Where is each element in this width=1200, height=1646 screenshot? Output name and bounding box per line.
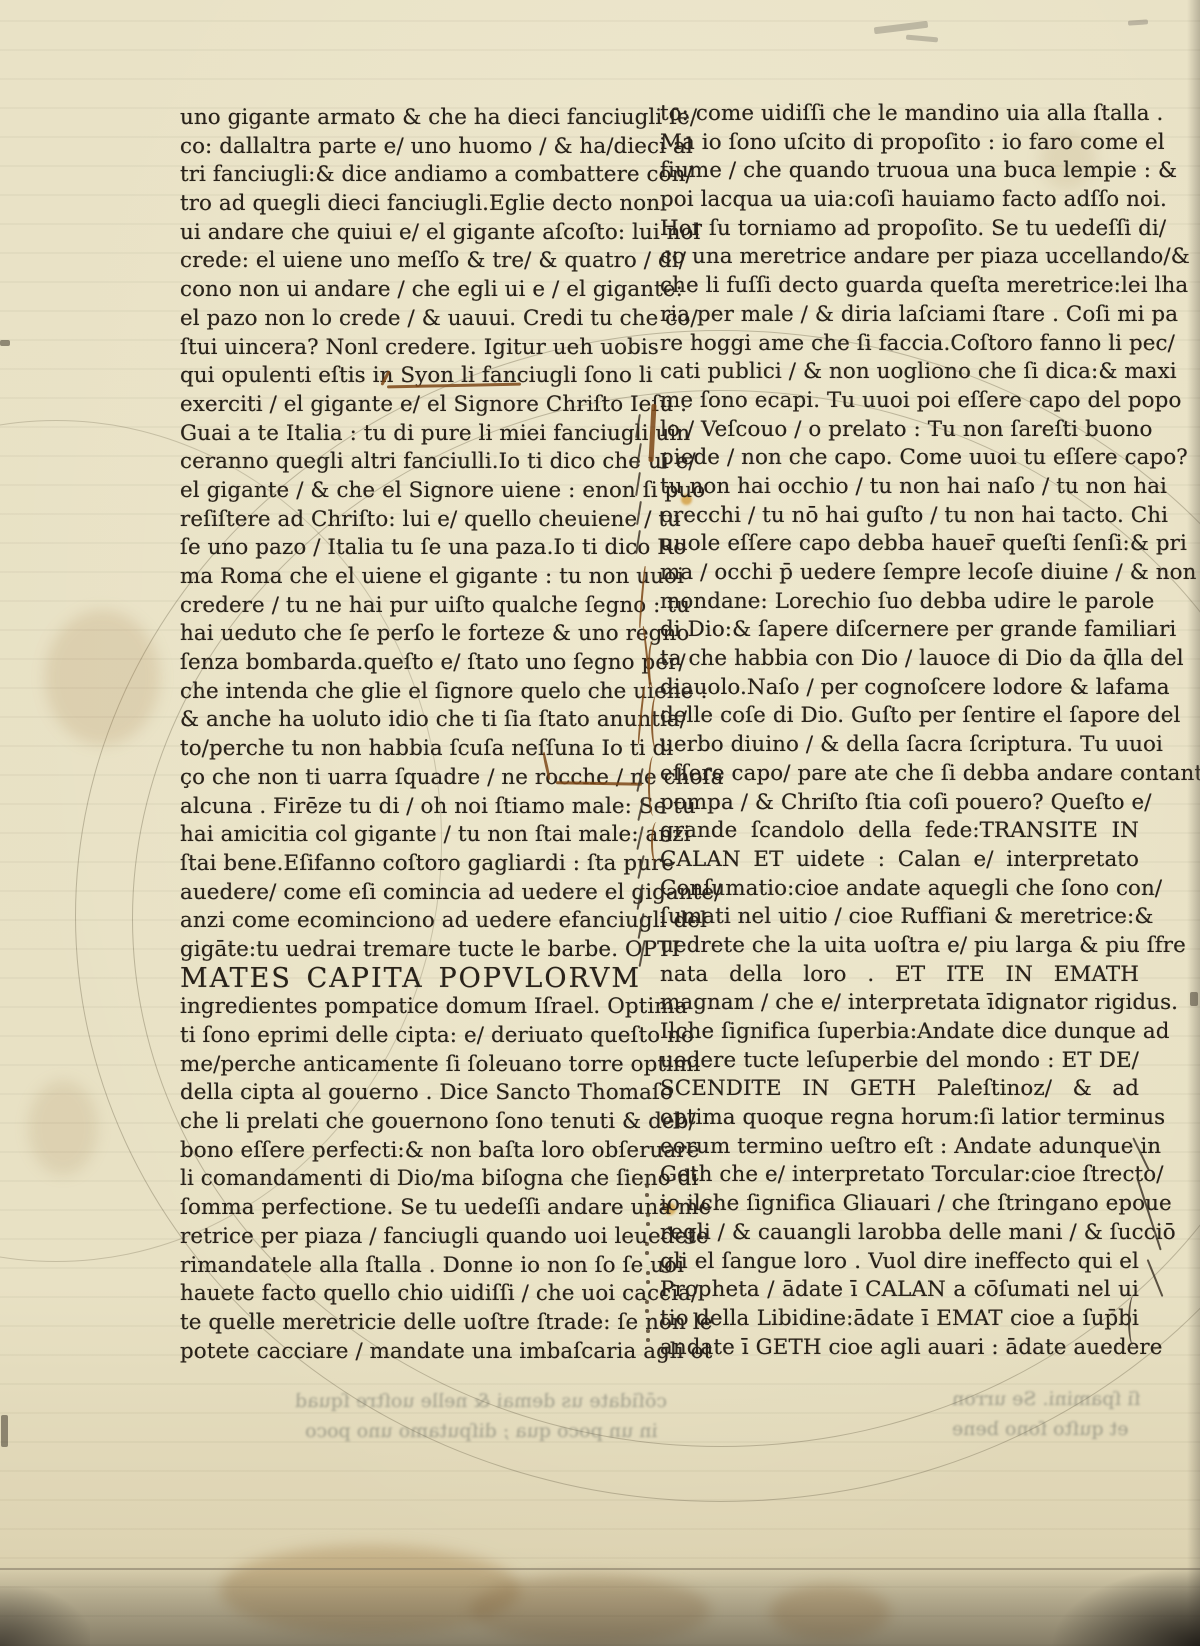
bleedthrough-text: et quſto ſono bene	[952, 1418, 1129, 1440]
text-line: reſiſtere ad Chriſto: lui e/ quello cheu…	[180, 506, 641, 535]
text-line: Propheta / ādate ī CALAN a cōſumati nel …	[660, 1276, 1139, 1305]
text-line: orecchi / tu nō hai guſto / tu non hai t…	[660, 502, 1139, 531]
ink-brace	[648, 756, 659, 816]
text-line: uedere tucte leſuperbie del mondo : ET D…	[660, 1047, 1139, 1076]
text-line: poi lacqua ua uia:coſi hauiamo facto adſ…	[660, 186, 1139, 215]
text-line: Geth che e/ interpretato Torcular:cioe ſ…	[660, 1161, 1139, 1190]
text-line: potete cacciare / mandate una imbaſcaria…	[180, 1338, 641, 1367]
edge-mark	[0, 340, 10, 346]
text-line: ingredientes pompatice domum Iſrael. Opt…	[180, 993, 641, 1022]
text-line: hai amicitia col gigante / tu non ſtai m…	[180, 821, 641, 850]
stain	[28, 1080, 98, 1175]
text-line: to/perche tu non habbia ſcuſa neſſuna Io…	[180, 735, 641, 764]
bleedthrough-text: cōſidate us demai & nelle uoſtre ſquad	[295, 1390, 667, 1412]
text-line: tio della Libidine:ādate ī EMAT cioe a ſ…	[660, 1305, 1139, 1334]
text-line: gli el ſangue loro . Vuol dire ineffecto…	[660, 1248, 1139, 1277]
page-right-edge	[1187, 0, 1200, 1646]
text-line: di Dio:& ſapere diſcernere per grande fa…	[660, 616, 1139, 645]
ink-brace	[648, 640, 659, 688]
text-line: uedrete che la uita uoſtra e/ piu larga …	[660, 932, 1139, 961]
text-line: exerciti / el gigante e/ el Signore Chri…	[180, 391, 641, 420]
text-line: crede: el uiene uno meſſo & tre/ & quatr…	[180, 247, 641, 276]
text-line: ſtui uincera? Nonl credere. Igitur ueh u…	[180, 334, 641, 363]
text-line: Guai a te Italia : tu di pure li miei fa…	[180, 420, 641, 449]
ink-stroke	[1147, 1259, 1164, 1297]
text-line: ti ſono eprimi delle cipta: e/ deriuato …	[180, 1022, 641, 1051]
text-line: tu non hai occhio / tu non hai naſo / tu…	[660, 473, 1139, 502]
text-line: che li fuſſi decto guarda queſta meretri…	[660, 272, 1139, 301]
ink-brace	[651, 822, 662, 864]
bleedthrough-text: ſi ſpamini. Se urron	[952, 1388, 1141, 1410]
ink-colon-mark	[646, 1271, 650, 1275]
text-line: regli / & cauangli larobba delle mani / …	[660, 1219, 1139, 1248]
text-line: to: come uidiſſi che le mandino uia alla…	[660, 100, 1139, 129]
text-line: ſumati nel uitio / cioe Ruffiani & meret…	[660, 903, 1139, 932]
text-line: ſe uno pazo / Italia tu ſe una paza.Io t…	[180, 534, 641, 563]
text-line: re hoggi ame che ſi faccia.Coſtoro fanno…	[660, 330, 1139, 359]
ink-brace	[1128, 1296, 1139, 1346]
text-line: el pazo non lo crede / & uauui. Credi tu…	[180, 305, 641, 334]
edge-mark	[1, 1415, 8, 1447]
text-line: Ilche ſignifica ſuperbia:Andate dice dun…	[660, 1018, 1139, 1047]
text-line: pompa / & Chriſto ſtia coſi pouero? Queſ…	[660, 789, 1139, 818]
text-line: & anche ha uoluto idio che ti ſia ſtato …	[180, 706, 641, 735]
text-line: lo / Veſcouo / o prelato : Tu non ſareſt…	[660, 416, 1139, 445]
text-line: li comandamenti di Dio/ma biſogna che ſi…	[180, 1165, 641, 1194]
text-line: tri fanciugli:& dice andiamo a combatter…	[180, 161, 641, 190]
text-line: te quelle meretricie delle uoſtre ſtrade…	[180, 1309, 641, 1338]
text-line: me ſono ecapi. Tu uuoi poi eſſere capo d…	[660, 387, 1139, 416]
text-line: ſomma perfectione. Se tu uedeſſi andare …	[180, 1194, 641, 1223]
page-bottom-edge	[0, 1566, 1200, 1646]
text-line: ui andare che quiui e/ el gigante aſcoſt…	[180, 219, 641, 248]
text-line: co una meretrice andare per piaza uccell…	[660, 243, 1139, 272]
ink-colon-mark	[645, 1300, 649, 1304]
text-line: andate ī GETH cioe agli auari : ādate au…	[660, 1334, 1139, 1363]
ink-colon-mark	[645, 1242, 649, 1246]
text-line: che intenda che glie el ſignore quelo ch…	[180, 678, 641, 707]
text-line: uno gigante armato & che ha dieci fanciu…	[180, 104, 641, 133]
text-column-left: uno gigante armato & che ha dieci fanciu…	[180, 104, 641, 1366]
text-line: diauolo.Naſo / per cognoſcere lodore & l…	[660, 674, 1139, 703]
text-line: uuole eſſere capo debba hauer̄ queſti ſe…	[660, 530, 1139, 559]
text-line: fiume / che quando truoua una buca lempi…	[660, 157, 1139, 186]
text-line: hai ueduto che ſe perſo le forteze & uno…	[180, 620, 641, 649]
book-page: uno gigante armato & che ha dieci fanciu…	[0, 0, 1200, 1646]
text-line: ceranno quegli altri fanciulli.Io ti dic…	[180, 448, 641, 477]
text-line: gigāte:tu uedrai tremare tucte le barbe.…	[180, 936, 641, 965]
text-line: optima quoque regna horum:ſi latior term…	[660, 1104, 1139, 1133]
text-line: che li prelati che gouernono ſono tenuti…	[180, 1108, 641, 1137]
stain	[45, 610, 160, 745]
text-line: ria per male / & diria laſciami ſtare . …	[660, 301, 1139, 330]
page-corner-shadow	[0, 1586, 90, 1646]
text-line: MATES CAPITA POPVLORVM	[180, 965, 641, 994]
text-line: Ma io ſono uſcito di propoſito : io faro…	[660, 129, 1139, 158]
text-line: io ilche ſignifica Gliauari / che ſtring…	[660, 1190, 1139, 1219]
ink-colon-mark	[646, 1329, 650, 1333]
bleedthrough-text: in un poco qua ; diſputamo uno poco	[305, 1420, 658, 1442]
text-line: cono non ui andare / che egli ui e / el …	[180, 276, 641, 305]
text-line: eorum termino ueſtro eſt : Andate adunqu…	[660, 1133, 1139, 1162]
text-line: retrice per piaza / fanciugli quando uoi…	[180, 1223, 641, 1252]
text-line: credere / tu ne hai pur uiſto qualche ſe…	[180, 592, 641, 621]
text-line: ço che non ti uarra ſquadre / ne rocche …	[180, 764, 641, 793]
text-line: ma / occhi p̄ uedere ſempre lecoſe diuin…	[660, 559, 1139, 588]
text-line: bono eſſere perfecti:& non baſta loro ob…	[180, 1137, 641, 1166]
text-line: piede / non che capo. Come uuoi tu eſſer…	[660, 444, 1139, 473]
text-line: ſtai bene.Eſifanno coſtoro gagliardi : ſ…	[180, 850, 641, 879]
text-line: auedere/ come eſi comincia ad uedere el …	[180, 879, 641, 908]
pencil-scribble	[1128, 19, 1148, 25]
text-line: hauete facto quello chio uidiſſi / che u…	[180, 1280, 641, 1309]
text-line: eſſere capo/ pare ate che ſi debba andar…	[660, 760, 1139, 789]
text-line: co: dallaltra parte e/ uno huomo / & ha/…	[180, 133, 641, 162]
text-line: me/perche anticamente ſi ſoleuano torre …	[180, 1051, 641, 1080]
text-line: magnam / che e/ interpretata īdignator r…	[660, 989, 1139, 1018]
ink-colon-mark	[646, 1213, 650, 1217]
text-line: tro ad quegli dieci fanciugli.Eglie dect…	[180, 190, 641, 219]
text-line: della cipta al gouerno . Dice Sancto Tho…	[180, 1079, 641, 1108]
text-line: ma Roma che el uiene el gigante : tu non…	[180, 563, 641, 592]
text-line: nata della loro . ET ITE IN EMATH	[660, 961, 1139, 990]
text-line: cati publici / & non uogliono che ſi dic…	[660, 358, 1139, 387]
text-line: el gigante / & che el Signore uiene : en…	[180, 477, 641, 506]
text-line: Conſumatio:cioe andate aquegli che ſono …	[660, 875, 1139, 904]
pencil-scribble	[906, 35, 938, 43]
text-line: uerbo diuino / & della ſacra ſcriptura. …	[660, 731, 1139, 760]
text-line: alcuna . Firēze tu di / oh noi ſtiamo ma…	[180, 793, 641, 822]
text-line: mondane: Lorechio ſuo debba udire le par…	[660, 588, 1139, 617]
text-line: anzi come ecominciono ad uedere efanciug…	[180, 907, 641, 936]
text-line: ſenza bombarda.queſto e/ ſtato uno ſegno…	[180, 649, 641, 678]
text-line: SCENDITE IN GETH Paleſtinoz/ & ad	[660, 1075, 1139, 1104]
text-line: ta che habbia con Dio / lauoce di Dio da…	[660, 645, 1139, 674]
page-corner-shadow	[1050, 1566, 1200, 1646]
text-column-right: to: come uidiſſi che le mandino uia alla…	[660, 100, 1139, 1362]
text-line: grande ſcandolo della fede:TRANSITE IN	[660, 817, 1139, 846]
text-line: delle coſe di Dio. Guſto per ſentire el …	[660, 702, 1139, 731]
ink-brace	[651, 695, 662, 750]
pencil-scribble	[874, 21, 928, 35]
text-line: Hor ſu torniamo ad propoſito. Se tu uede…	[660, 215, 1139, 244]
ink-colon-mark	[645, 1184, 649, 1188]
text-line: CALAN ET uidete : Calan e/ interpretato	[660, 846, 1139, 875]
text-line: rimandatele alla ſtalla . Donne io non ſ…	[180, 1252, 641, 1281]
